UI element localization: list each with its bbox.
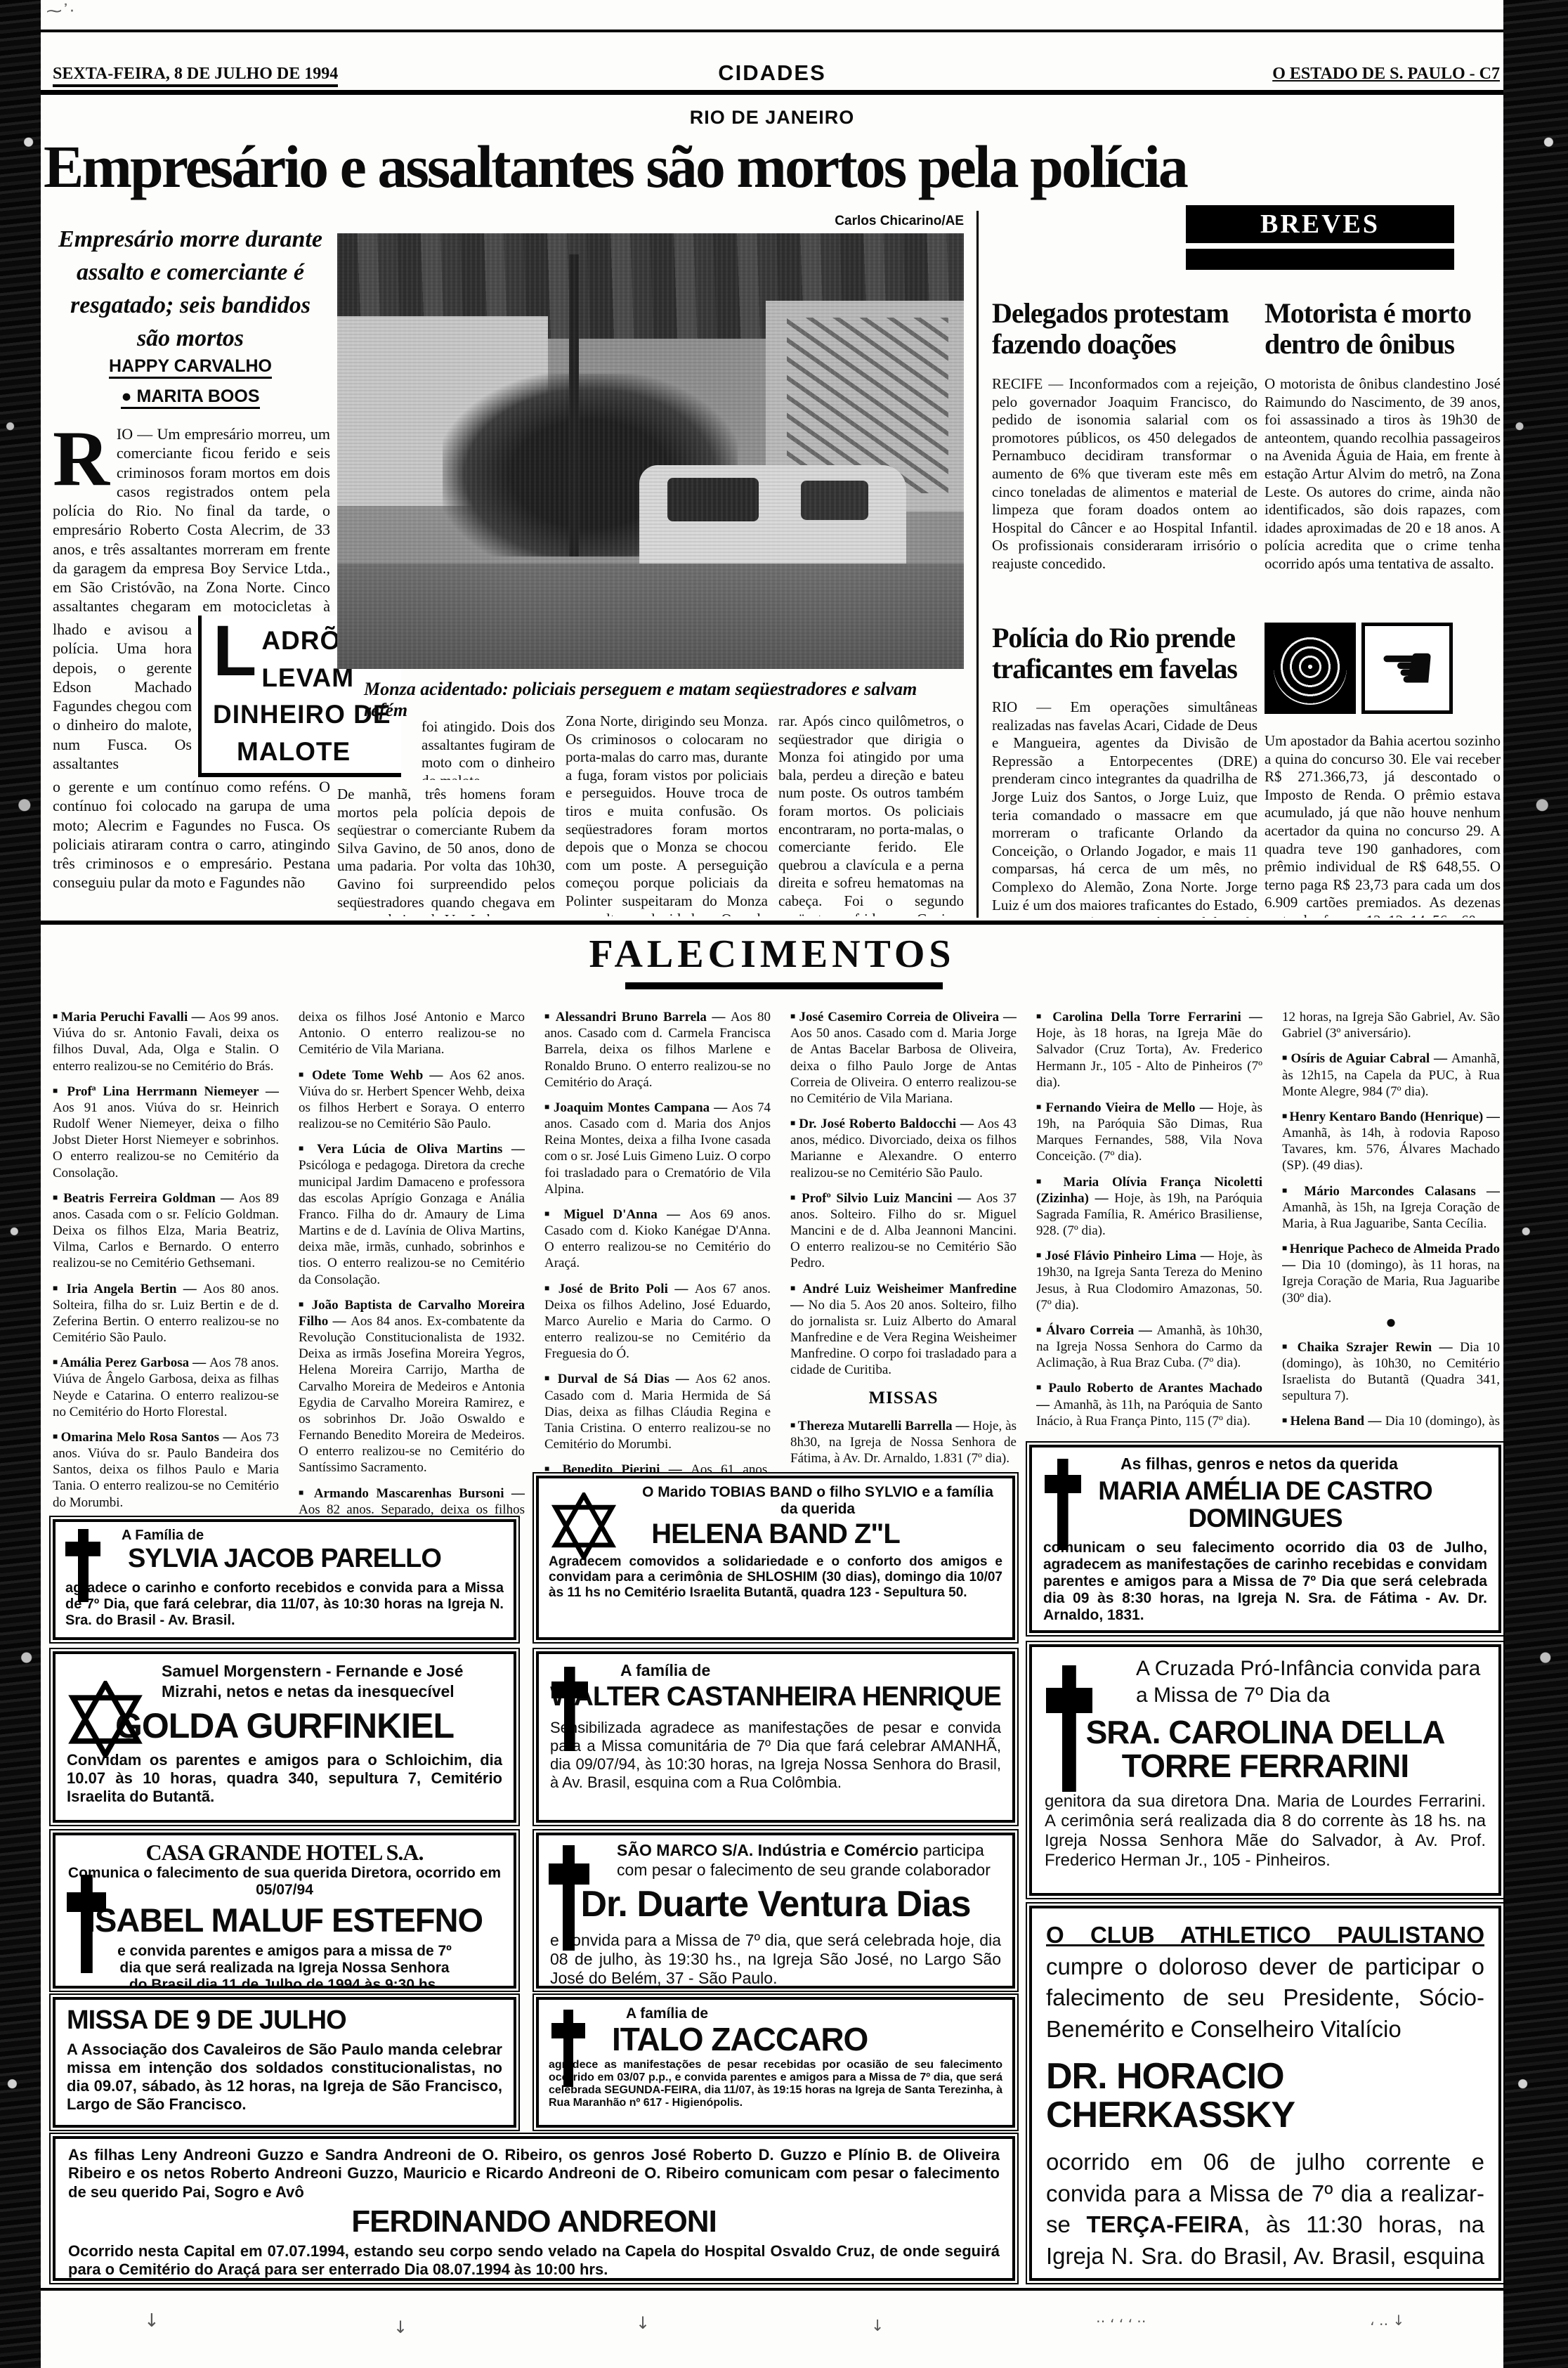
ad-intro: O CLUB ATHLETICO PAULISTANO cumpre o dol… bbox=[1046, 1920, 1484, 2045]
obituary-entry: José de Brito PoliAos 67 anos. Deixa os … bbox=[544, 1281, 771, 1362]
ad-headline: Dr. Duarte Ventura Dias bbox=[550, 1885, 1001, 1924]
scan-mark: ↓ bbox=[393, 2317, 407, 2337]
obituary-text: Aos 91 anos. Viúva do sr. Heinrich Rudol… bbox=[53, 1100, 279, 1180]
obituary-entry: Dr. José Roberto BaldocchiAos 43 anos, m… bbox=[790, 1116, 1017, 1181]
ad-body: ocorrido em 06 de julho corrente e convi… bbox=[1046, 2147, 1484, 2281]
breves-body-1: RECIFE — Inconformados com a rejeição, p… bbox=[992, 375, 1257, 614]
edition-label: O ESTADO DE S. PAULO - C7 bbox=[1124, 65, 1500, 84]
obituary-text: Aos 50 anos. Casado com d. Maria Jorge d… bbox=[790, 1026, 1017, 1106]
pointing-hand-icon: ☚ bbox=[1361, 623, 1453, 714]
obituary-text: 12 horas, na Igreja São Gabriel, Av. São… bbox=[1282, 1010, 1500, 1041]
ad-headline: MARIA AMÉLIA DE CASTRO DOMINGUES bbox=[1043, 1478, 1487, 1533]
obituary-text: Dia 10 (domingo), às 11 horas, na Igreja… bbox=[1282, 1258, 1500, 1305]
breves-headline-3: Polícia do Rio prende traficantes em fav… bbox=[992, 623, 1257, 684]
ad-headline: SYLVIA JACOB PARELLO bbox=[65, 1545, 504, 1573]
obituary-entry: André Luiz Weisheimer ManfredineNo dia 5… bbox=[790, 1281, 1017, 1379]
obituary-entry: MISSAS bbox=[790, 1388, 1017, 1410]
obituary-entry: Henrique Pacheco de Almeida PradoDia 10 … bbox=[1282, 1241, 1500, 1306]
ad-body: comunicam o seu falecimento ocorrido dia… bbox=[1043, 1540, 1487, 1624]
obituary-name: Miguel D'Anna bbox=[544, 1207, 689, 1222]
photo-credit: Carlos Chicarino/AE bbox=[731, 214, 964, 229]
ad-intro-strong: O CLUB ATHLETICO PAULISTANO bbox=[1046, 1922, 1484, 1948]
obituary-entry: Álvaro CorreiaAmanhã, às 10h30, na Igrej… bbox=[1036, 1322, 1262, 1372]
obituary-entry: Beatris Ferreira GoldmanAos 89 anos. Cas… bbox=[53, 1190, 279, 1272]
obituary-text: deixa os filhos José Antonio e Marco Ant… bbox=[299, 1010, 525, 1057]
cross-icon bbox=[551, 1667, 588, 1751]
ad-body: e convida para a Missa de 7º dia, que se… bbox=[550, 1931, 1001, 1988]
top-border-line bbox=[41, 30, 1503, 32]
obituary-entry: Iria Angela BertinAos 80 anos. Solteira,… bbox=[53, 1281, 279, 1346]
obituary-entry: Amália Perez GarbosaAos 78 anos. Viúva d… bbox=[53, 1355, 279, 1420]
falecimentos-title: FALECIMENTOS bbox=[41, 932, 1503, 977]
scan-mark: ، ‥ ↓ bbox=[1370, 2312, 1404, 2329]
cross-icon bbox=[1045, 1459, 1081, 1550]
obituary-entry: Paulo Roberto de Arantes MachadoAmanhã, … bbox=[1036, 1380, 1262, 1429]
story-col2-upper: foi atingido. Dois dos assaltantes fugir… bbox=[422, 718, 555, 780]
obituary-entry: Helena BandDia 10 (domingo), às 11 horas… bbox=[1282, 1413, 1500, 1431]
ad-intro: Samuel Morgenstern - Fernande e José Miz… bbox=[162, 1661, 502, 1702]
lottery-sphere-rings bbox=[1274, 632, 1347, 705]
obituary-column-5: Carolina Della Torre FerrariniHoje, às 1… bbox=[1036, 1009, 1262, 1431]
obituary-text: Amanhã, às 14h, à rodovia Raposo Tavares… bbox=[1282, 1126, 1500, 1173]
story-paragraph-3: o gerente e um contínuo como reféns. O c… bbox=[53, 777, 330, 915]
ad-duarte-ventura-dias: SÃO MARCO S/A. Indústria e Comércio part… bbox=[536, 1833, 1015, 1989]
obituary-name: Iria Angela Bertin bbox=[53, 1282, 203, 1296]
ad-body-strong: TERÇA-FEIRA bbox=[1086, 2211, 1243, 2237]
obituary-column-4: José Casemiro Correia de OliveiraAos 50 … bbox=[790, 1009, 1017, 1481]
ad-intro: Comunica o falecimento de sua querida Di… bbox=[65, 1865, 504, 1899]
obituary-text: Amanhã, às 11h, na Paróquia de Santo Iná… bbox=[1036, 1398, 1262, 1429]
obituary-name: Omarina Melo Rosa Santos bbox=[53, 1430, 240, 1445]
scan-mark: ⁓᾿· bbox=[46, 3, 74, 20]
obituary-name: Osíris de Aguiar Cabral bbox=[1282, 1051, 1451, 1066]
scan-mark: ↓ bbox=[636, 2313, 650, 2333]
ad-label: A Família de bbox=[122, 1528, 504, 1544]
story-col2-lower: De manhã, três homens foram mortos pela … bbox=[337, 786, 555, 916]
header-rule bbox=[41, 90, 1503, 95]
obituary-entry: Odete Tome WehbAos 62 anos. Viúva do sr.… bbox=[299, 1067, 525, 1133]
obituary-entry: Mário Marcondes CalasansAmanhã, às 15h, … bbox=[1282, 1183, 1500, 1232]
obituary-column-6: 12 horas, na Igreja São Gabriel, Av. São… bbox=[1282, 1009, 1500, 1431]
obituary-entry: Fernando Vieira de MelloHoje, às 19h, na… bbox=[1036, 1100, 1262, 1165]
obituary-name: Carolina Della Torre Ferrarini bbox=[1036, 1010, 1262, 1024]
story-deck: Empresário morre durante assalto e comer… bbox=[53, 223, 328, 356]
ad-missa-9-julho: MISSA DE 9 DE JULHO A Associação dos Cav… bbox=[53, 1997, 516, 2128]
obituary-name: Dr. José Roberto Baldocchi bbox=[790, 1117, 978, 1131]
falecimentos-title-underline bbox=[625, 982, 943, 989]
ad-golda-gurfinkiel: Samuel Morgenstern - Fernande e José Miz… bbox=[53, 1651, 516, 1823]
obituary-name: Durval de Sá Dias bbox=[544, 1372, 695, 1386]
obituary-name: Amália Perez Garbosa bbox=[53, 1355, 209, 1370]
ad-body: A Associação dos Cavaleiros de São Paulo… bbox=[67, 2041, 502, 2114]
ad-sylvia-parello: A Família de SYLVIA JACOB PARELLO agrade… bbox=[53, 1519, 516, 1640]
ad-intro: As filhas Leny Andreoni Guzzo e Sandra A… bbox=[68, 2146, 1000, 2201]
scan-mark: ‥ ، ، ، ‥ bbox=[1096, 2309, 1146, 2326]
ad-body: Agradecem comovidos a solidariedade e o … bbox=[549, 1554, 1002, 1601]
obituary-entry: José Casemiro Correia de OliveiraAos 50 … bbox=[790, 1009, 1017, 1107]
scan-edge-left bbox=[0, 0, 41, 2368]
obituary-name: Mário Marcondes Calasans bbox=[1282, 1184, 1500, 1199]
obituary-entry: Maria Peruchi FavalliAos 99 anos. Viúva … bbox=[53, 1009, 279, 1074]
ad-headline: DR. HORACIO CHERKASSKY bbox=[1046, 2057, 1484, 2134]
ad-carolina-ferrarini: A Cruzada Pró-Infância convida para a Mi… bbox=[1029, 1644, 1501, 1896]
cross-icon bbox=[67, 1875, 106, 1973]
obituary-text: Aos 82 anos. Separado, deixa os filhos A… bbox=[299, 1502, 525, 1516]
breves-title: BREVES bbox=[1186, 205, 1454, 243]
obituary-entry: Thereza Mutarelli BarrellaHoje, às 8h30,… bbox=[790, 1418, 1017, 1467]
ad-ferdinando-andreoni: As filhas Leny Andreoni Guzzo e Sandra A… bbox=[53, 2136, 1015, 2281]
obituary-entry: Profª Lina Herrmann NiemeyerAos 91 anos.… bbox=[53, 1084, 279, 1181]
ad-helena-band: O Marido TOBIAS BAND o filho SYLVIO e a … bbox=[536, 1476, 1015, 1640]
obituary-entry: Maria Olívia França Nicoletti (Zizinha)H… bbox=[1036, 1174, 1262, 1240]
ad-italo-zaccaro: A família de ITALO ZACCARO agradece as m… bbox=[536, 1997, 1015, 2128]
obituary-column-2: deixa os filhos José Antonio e Marco Ant… bbox=[299, 1009, 525, 1516]
obituary-entry: João Baptista de Carvalho Moreira FilhoA… bbox=[299, 1297, 525, 1476]
obituary-name: Álvaro Correia bbox=[1036, 1323, 1157, 1338]
ad-body: Convidam os parentes e amigos para o Sch… bbox=[67, 1751, 502, 1806]
obituary-entry: Armando Mascarenhas BursoniAos 82 anos. … bbox=[299, 1485, 525, 1516]
byline-author-1: HAPPY CARVALHO bbox=[109, 356, 272, 379]
obituary-name: Profª Lina Herrmann Niemeyer bbox=[53, 1084, 279, 1099]
obituary-name: José Flávio Pinheiro Lima bbox=[1036, 1249, 1218, 1263]
obituary-name: Thereza Mutarelli Barrella bbox=[790, 1419, 973, 1433]
obituary-name: Henry Kentaro Bando (Henrique) bbox=[1282, 1110, 1500, 1124]
obituary-name: Alessandri Bruno Barrela bbox=[544, 1010, 731, 1024]
lottery-sphere-icon bbox=[1265, 623, 1356, 714]
breves-divider-rule bbox=[976, 211, 979, 918]
obituary-text: ● bbox=[1385, 1312, 1397, 1332]
ad-headline: MISSA DE 9 DE JULHO bbox=[67, 2007, 502, 2035]
byline: HAPPY CARVALHO ● MARITA BOOS bbox=[53, 351, 328, 411]
breves-body-2: O motorista de ônibus clandestino José R… bbox=[1265, 375, 1501, 620]
drop-cap: R bbox=[53, 424, 117, 492]
obituary-text: Psicóloga e pedagoga. Diretora da creche… bbox=[299, 1158, 525, 1287]
ad-body: genitora da sua diretora Dna. Maria de L… bbox=[1045, 1792, 1486, 1871]
obituary-column-1: Maria Peruchi FavalliAos 99 anos. Viúva … bbox=[53, 1009, 279, 1516]
obituary-name: Vera Lúcia de Oliva Martins bbox=[299, 1142, 525, 1157]
breves-body-3: RIO — Em operações simultâneas realizada… bbox=[992, 698, 1257, 918]
story-col3: Zona Norte, dirigindo seu Monza. Os crim… bbox=[566, 713, 768, 916]
main-headline: Empresário e assaltantes são mortos pela… bbox=[44, 136, 1501, 197]
ad-body: e convida parentes e amigos para a missa… bbox=[65, 1943, 504, 1989]
breves-headline-1: Delegados protestam fazendo doações bbox=[992, 298, 1257, 360]
byline-author-2: ● MARITA BOOS bbox=[121, 386, 259, 409]
scan-mark: ↓ bbox=[144, 2310, 159, 2331]
obituary-entry: Alessandri Bruno BarrelaAos 80 anos. Cas… bbox=[544, 1009, 771, 1091]
ad-headline: ISABEL MALUF ESTEFNO bbox=[65, 1903, 504, 1937]
obituary-name: MISSAS bbox=[868, 1388, 938, 1407]
obituary-entry: José Flávio Pinheiro LimaHoje, às 19h30,… bbox=[1036, 1248, 1262, 1313]
cross-icon bbox=[65, 1529, 100, 1602]
cross-icon bbox=[549, 1845, 589, 1951]
obituary-entry: Omarina Melo Rosa SantosAos 73 anos. Viú… bbox=[53, 1429, 279, 1511]
obituary-entry: Profº Silvio Luiz ManciniAos 37 anos. So… bbox=[790, 1190, 1017, 1272]
scan-mark: ↓ bbox=[871, 2317, 884, 2335]
obituary-entry: ● bbox=[1282, 1315, 1500, 1330]
obituary-name: Joaquim Montes Campana bbox=[544, 1100, 731, 1115]
ad-body: Ocorrido nesta Capital em 07.07.1994, es… bbox=[68, 2242, 1000, 2279]
cross-icon bbox=[551, 2010, 585, 2087]
obituary-entry: Henry Kentaro Bando (Henrique)Amanhã, às… bbox=[1282, 1109, 1500, 1174]
story-paragraph-2: lhado e avisou a polícia. Uma hora depoi… bbox=[53, 620, 192, 773]
ad-headline: ITALO ZACCARO bbox=[612, 2022, 1002, 2056]
ad-intro-strong: SÃO MARCO S/A. Indústria e Comércio bbox=[617, 1841, 918, 1859]
obituary-name: Armando Mascarenhas Bursoni bbox=[299, 1486, 525, 1501]
obituary-entry: Durval de Sá DiasAos 62 anos. Casado com… bbox=[544, 1371, 771, 1452]
lottery-brief: Um apostador da Bahia acertou sozinho a … bbox=[1265, 732, 1501, 918]
story-col4: rar. Após cinco quilômetros, o seqüestra… bbox=[778, 713, 964, 916]
obituary-name: Profº Silvio Luiz Mancini bbox=[790, 1191, 976, 1206]
obituary-name: Beatris Ferreira Goldman bbox=[53, 1191, 239, 1206]
ad-club-athletico: O CLUB ATHLETICO PAULISTANO cumpre o dol… bbox=[1029, 1906, 1501, 2281]
obituary-name: Fernando Vieira de Mello bbox=[1036, 1100, 1217, 1115]
newspaper-page: SEXTA-FEIRA, 8 DE JULHO DE 1994 CIDADES … bbox=[0, 0, 1568, 2368]
ad-intro: A Cruzada Pró-Infância convida para a Mi… bbox=[1136, 1655, 1486, 1708]
obituary-column-3: Alessandri Bruno BarrelaAos 80 anos. Cas… bbox=[544, 1009, 771, 1481]
ad-intro: As filhas, genros e netos da querida bbox=[1121, 1455, 1487, 1474]
ad-label: A família de bbox=[626, 2005, 1002, 2022]
breves-headline-2: Motorista é morto dentro de ônibus bbox=[1265, 298, 1502, 360]
obituary-text: No dia 5. Aos 20 anos. Solteiro, filho d… bbox=[790, 1298, 1017, 1378]
hand-glyph: ☚ bbox=[1378, 636, 1436, 701]
obituary-name: José de Brito Poli bbox=[544, 1282, 695, 1296]
star-of-david-icon bbox=[550, 1492, 618, 1560]
obituary-name: Odete Tome Wehb bbox=[299, 1068, 450, 1083]
obituary-name: José Casemiro Correia de Oliveira bbox=[790, 1010, 1017, 1024]
ad-body: agradece o carinho e conforto recebidos … bbox=[65, 1580, 504, 1629]
ad-label: A família de bbox=[620, 1661, 1001, 1680]
ad-intro-rest: cumpre o doloroso dever de participar o … bbox=[1046, 1953, 1484, 2042]
ad-intro: O Marido TOBIAS BAND o filho SYLVIO e a … bbox=[633, 1484, 1002, 1518]
photo-grain bbox=[337, 233, 964, 669]
story-paragraph-1: RIO — Um empresário morreu, um comercian… bbox=[53, 424, 330, 617]
pull-quote-line-4: MALOTE bbox=[213, 734, 397, 771]
obituary-entry: Carolina Della Torre FerrariniHoje, às 1… bbox=[1036, 1009, 1262, 1091]
obituary-entry: Joaquim Montes CampanaAos 74 anos. Casad… bbox=[544, 1100, 771, 1197]
ad-company: CASA GRANDE HOTEL S.A. bbox=[65, 1841, 504, 1865]
ad-headline: WALTER CASTANHEIRA HENRIQUE bbox=[550, 1683, 1001, 1712]
obituary-name: Maria Peruchi Favalli bbox=[53, 1010, 209, 1024]
cross-icon bbox=[1046, 1665, 1092, 1792]
ad-walter-castanheira: A família de WALTER CASTANHEIRA HENRIQUE… bbox=[536, 1651, 1015, 1823]
star-of-david-icon bbox=[67, 1681, 144, 1758]
obituary-text: Hoje, às 18 horas, na Igreja Mãe do Salv… bbox=[1036, 1026, 1262, 1090]
news-photo bbox=[337, 233, 964, 669]
obituary-entry: deixa os filhos José Antonio e Marco Ant… bbox=[299, 1009, 525, 1058]
ad-isabel-maluf-estefno: CASA GRANDE HOTEL S.A. Comunica o faleci… bbox=[53, 1833, 516, 1989]
obituary-entry: Osíris de Aguiar CabralAmanhã, às 12h15,… bbox=[1282, 1050, 1500, 1100]
scan-edge-right bbox=[1503, 0, 1568, 2368]
obituary-entry: 12 horas, na Igreja São Gabriel, Av. São… bbox=[1282, 1009, 1500, 1041]
region-kicker: RIO DE JANEIRO bbox=[41, 107, 1503, 129]
ad-headline: FERDINANDO ANDREONI bbox=[68, 2206, 1000, 2238]
obituary-entry: Chaika Szrajer RewinDia 10 (domingo), às… bbox=[1282, 1339, 1500, 1405]
obituary-entry: Miguel D'AnnaAos 69 anos. Casado com d. … bbox=[544, 1206, 771, 1272]
obituary-entry: Vera Lúcia de Oliva MartinsPsicóloga e p… bbox=[299, 1141, 525, 1288]
ad-intro: SÃO MARCO S/A. Indústria e Comércio part… bbox=[617, 1841, 1001, 1880]
breves-title-bar bbox=[1186, 249, 1454, 270]
obituary-name: Helena Band bbox=[1282, 1414, 1385, 1429]
falecimentos-top-rule bbox=[41, 920, 1503, 925]
obituary-text: Amanhã, às 15h, na Igreja Coração de Mar… bbox=[1282, 1200, 1500, 1231]
ad-maria-amelia: As filhas, genros e netos da querida MAR… bbox=[1029, 1445, 1501, 1633]
ad-headline: SRA. CAROLINA DELLA TORRE FERRARINI bbox=[1045, 1715, 1486, 1783]
obituary-text: Aos 84 anos. Ex-combatente da Revolução … bbox=[299, 1314, 525, 1476]
obituary-name: Chaika Szrajer Rewin bbox=[1282, 1340, 1460, 1355]
ad-body: agradece as manifestações de pesar receb… bbox=[549, 2059, 1002, 2109]
ad-body: Sensibilizada agradece as manifestações … bbox=[550, 1719, 1001, 1792]
bottom-border-line bbox=[41, 2288, 1503, 2291]
